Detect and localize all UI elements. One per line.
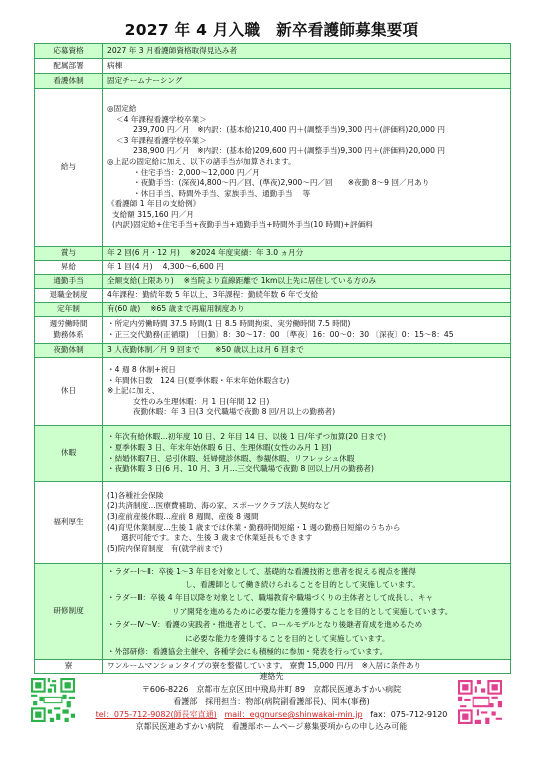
hours-line: ・所定内労働時間 37.5 時間(1 日 8.5 時間拘束、実労働時間 7.5 … — [107, 319, 506, 330]
row-label: 配属部署 — [35, 59, 103, 74]
welfare-line: 選択可能です。また、生後 3 歳まで休業延長もできます — [107, 533, 506, 544]
row-qualification: 応募資格 2027 年 3 月看護師資格取得見込み者 — [35, 44, 511, 59]
welfare-line: (4)育児休業制度…生後 1 歳までは休業・勤務時間短縮・1 週の勤務日短縮のう… — [107, 523, 506, 534]
row-label: 福利厚生 — [35, 482, 103, 564]
training-line: に必要な能力を獲得することを目的として実施しています。 — [107, 632, 506, 645]
salary-line: 《看護師 1 年目の支給例》 — [107, 199, 506, 210]
holiday-line: 夜勤休暇：年 3 日(3 交代職場で夜勤 8 回/月以上の勤務者) — [107, 407, 506, 418]
recruitment-table: 応募資格 2027 年 3 月看護師資格取得見込み者 配属部署 病棟 看護体制 … — [34, 43, 511, 674]
row-raise: 昇給 年 1 回(4 月) 4,300～6,600 円 — [35, 261, 511, 275]
row-training: 研修制度 ・ラダーⅠ～Ⅱ：卒後 1～3 年目を対象として、基礎的な看護技術と患者… — [35, 564, 511, 660]
contact-phone-line: tel：075-712-9082(師長室直通) mail：eggnurse@sh… — [0, 709, 543, 722]
salary-line: ◎固定給 — [107, 104, 506, 115]
row-leave: 休暇 ・年次有給休暇…初年度 10 日、2 年目 14 日、以後 1 日/年ずつ… — [35, 426, 511, 482]
holiday-line: 女性のみ生理休暇：月 1 日(年間 12 日) — [107, 397, 506, 408]
welfare-line: (2)共済制度…医療費補助、海の家、スポーツクラブ法人契約など — [107, 501, 506, 512]
label-line: 週労働時間 — [35, 319, 102, 330]
welfare-line: (3)産前産後休暇…産前 8 週間、産後 8 週間 — [107, 512, 506, 523]
training-line: リア開発を進めるために必要な能力を獲得することを目的として実施しています。 — [107, 605, 506, 618]
row-label: 休暇 — [35, 426, 103, 482]
row-department: 配属部署 病棟 — [35, 59, 511, 74]
training-line: ・外部研修：看護協会主催や、各種学会にも積極的に参加・発表を行っています。 — [107, 645, 506, 658]
leave-line: ・夜勤休暇 3 日(6 月、10 月、3 月…三交代職場で夜勤 8 回以上/月の… — [107, 464, 506, 475]
salary-line: ◎上記の固定給に加え、以下の諸手当が加算されます。 — [107, 157, 506, 168]
holiday-line: ・4 週 8 休制+祝日 — [107, 365, 506, 376]
row-commute: 通勤手当 全額支給(上限あり) ※当院より直線距離で 1km以上先に居住している… — [35, 275, 511, 289]
salary-line: 支給額 315,160 円／月 — [107, 210, 506, 221]
row-welfare: 福利厚生 (1)各種社会保険 (2)共済制度…医療費補助、海の家、スポーツクラブ… — [35, 482, 511, 564]
row-value: 4年課程：勤続年数 5 年以上、3年課程：勤続年数 6 年で支給 — [103, 289, 511, 303]
row-label: 給与 — [35, 89, 103, 247]
row-value: ・所定内労働時間 37.5 時間(1 日 8.5 時間拘束、実労働時間 7.5 … — [103, 317, 511, 344]
row-value: 病棟 — [103, 59, 511, 74]
row-value: ◎固定給 ＜4 年課程看護学校卒業＞ 239,700 円／月 ※内訳：(基本給)… — [103, 89, 511, 247]
contact-staff: 看護部 採用担当：物部(病院副看護部長)、岡本(事務) — [0, 696, 543, 709]
hours-line: ・正三交代勤務(正循環) 〔日勤〕8：30～17：00 〔準夜〕16：00～0：… — [107, 330, 506, 341]
row-value: 3 人夜勤体制／月 9 回まで ※50 歳以上は月 6 回まで — [103, 344, 511, 358]
email-link[interactable]: mail：eggnurse@shinwakai-min.jp — [219, 710, 362, 719]
row-working-hours: 週労働時間 勤務体系 ・所定内労働時間 37.5 時間(1 日 8.5 時間拘束… — [35, 317, 511, 344]
row-nursing-system: 看護体制 固定チームナーシング — [35, 74, 511, 89]
row-label: 通勤手当 — [35, 275, 103, 289]
label-line: 勤務体系 — [35, 330, 102, 341]
row-value: ・年次有給休暇…初年度 10 日、2 年目 14 日、以後 1 日/年ずつ加算(… — [103, 426, 511, 482]
row-label: 夜勤体制 — [35, 344, 103, 358]
row-label: 定年制 — [35, 303, 103, 317]
leave-line: ・年次有給休暇…初年度 10 日、2 年目 14 日、以後 1 日/年ずつ加算(… — [107, 432, 506, 443]
row-label: 応募資格 — [35, 44, 103, 59]
row-value: (1)各種社会保険 (2)共済制度…医療費補助、海の家、スポーツクラブ法人契約な… — [103, 482, 511, 564]
row-value: 全額支給(上限あり) ※当院より直線距離で 1km以上先に居住している方のみ — [103, 275, 511, 289]
row-value: 年 2 回(6 月・12 月) ※2024 年度実績：年 3.0 ヵ月分 — [103, 247, 511, 261]
training-line: ・ラダーⅢ：卒後 4 年目以降を対象として、職場教育や職場づくりの主体者として成… — [107, 591, 506, 604]
row-label: 看護体制 — [35, 74, 103, 89]
row-salary: 給与 ◎固定給 ＜4 年課程看護学校卒業＞ 239,700 円／月 ※内訳：(基… — [35, 89, 511, 247]
row-label: 賞与 — [35, 247, 103, 261]
row-value: 2027 年 3 月看護師資格取得見込み者 — [103, 44, 511, 59]
row-value: ・4 週 8 休制+祝日 ・年間休日数 124 日(夏季休暇・年末年始休暇含む)… — [103, 358, 511, 426]
row-bonus: 賞与 年 2 回(6 月・12 月) ※2024 年度実績：年 3.0 ヵ月分 — [35, 247, 511, 261]
welfare-line: (1)各種社会保険 — [107, 491, 506, 502]
holiday-line: ※上記に加え、 — [107, 386, 506, 397]
contact-heading: 連絡先 — [0, 671, 543, 684]
salary-line: ・夜勤手当：(深夜)4,800～円／回、(準夜)2,900～円／回 ※夜勤 8～… — [107, 178, 506, 189]
email-address[interactable]: mail：eggnurse@shinwakai-min.jp — [224, 710, 362, 719]
contact-address: 〒606-8226 京都市左京区田中飛鳥井町 89 京都民医連あすかい病院 — [0, 684, 543, 697]
contact-note: 京都民医連あすかい病院 看護部ホームページ募集要項からの申し込み可能 — [0, 721, 543, 734]
welfare-line: (5)院内保育制度 有(就学前まで) — [107, 544, 506, 555]
holiday-line: ・年間休日数 124 日(夏季休暇・年末年始休暇含む) — [107, 376, 506, 387]
row-retirement-age: 定年制 有(60 歳) ※65 歳まで再雇用制度あり — [35, 303, 511, 317]
row-value: 有(60 歳) ※65 歳まで再雇用制度あり — [103, 303, 511, 317]
leave-line: ・結婚休暇7日、忌引休暇、妊婦健診休暇、参観休暇、リフレッシュ休暇 — [107, 454, 506, 465]
row-holidays: 休日 ・4 週 8 休制+祝日 ・年間休日数 124 日(夏季休暇・年末年始休暇… — [35, 358, 511, 426]
contact-section: 連絡先 〒606-8226 京都市左京区田中飛鳥井町 89 京都民医連あすかい病… — [0, 671, 543, 734]
row-label: 退職金制度 — [35, 289, 103, 303]
row-label: 研修制度 — [35, 564, 103, 660]
salary-line: 238,900 円／月 ※内訳：(基本給)209,600 円＋(調整手当)9,3… — [107, 146, 506, 157]
row-retirement-pay: 退職金制度 4年課程：勤続年数 5 年以上、3年課程：勤続年数 6 年で支給 — [35, 289, 511, 303]
training-line: し、看護師として働き続けられることを目的として実施しています。 — [107, 578, 506, 591]
salary-line: ・住宅手当：2,000～12,000 円／月 — [107, 168, 506, 179]
fax-number: fax：075-712-9120 — [370, 710, 447, 719]
salary-line: ＜4 年課程看護学校卒業＞ — [107, 115, 506, 126]
row-value: ・ラダーⅠ～Ⅱ：卒後 1～3 年目を対象として、基礎的な看護技術と患者を捉える視… — [103, 564, 511, 660]
training-line: ・ラダーⅠ～Ⅱ：卒後 1～3 年目を対象として、基礎的な看護技術と患者を捉える視… — [107, 565, 506, 578]
training-line: ・ラダーⅣ～Ⅴ：看護の実践者・推進者として、ロールモデルとなり後継者育成を進める… — [107, 618, 506, 631]
salary-line: ・休日手当、時間外手当、家族手当、通勤手当 等 — [107, 189, 506, 200]
row-night-shift: 夜勤体制 3 人夜勤体制／月 9 回まで ※50 歳以上は月 6 回まで — [35, 344, 511, 358]
row-label: 休日 — [35, 358, 103, 426]
phone-link[interactable]: tel：075-712-9082(師長室直通) — [96, 710, 217, 719]
salary-line: ＜3 年課程看護学校卒業＞ — [107, 136, 506, 147]
leave-line: ・夏季休暇 3 日、年末年始休暇 6 日、生理休暇(女性のみ月 1 回) — [107, 443, 506, 454]
row-label: 昇給 — [35, 261, 103, 275]
salary-line: 239,700 円／月 ※内訳：(基本給)210,400 円＋(調整手当)9,3… — [107, 125, 506, 136]
row-label: 週労働時間 勤務体系 — [35, 317, 103, 344]
salary-line: (内訳)固定給+住宅手当+夜勤手当+通勤手当+時間外手当(10 時間)+評価料 — [107, 220, 506, 231]
page-title: 2027 年 4 月入職 新卒看護師募集要項 — [0, 18, 543, 40]
row-value: 固定チームナーシング — [103, 74, 511, 89]
row-value: 年 1 回(4 月) 4,300～6,600 円 — [103, 261, 511, 275]
